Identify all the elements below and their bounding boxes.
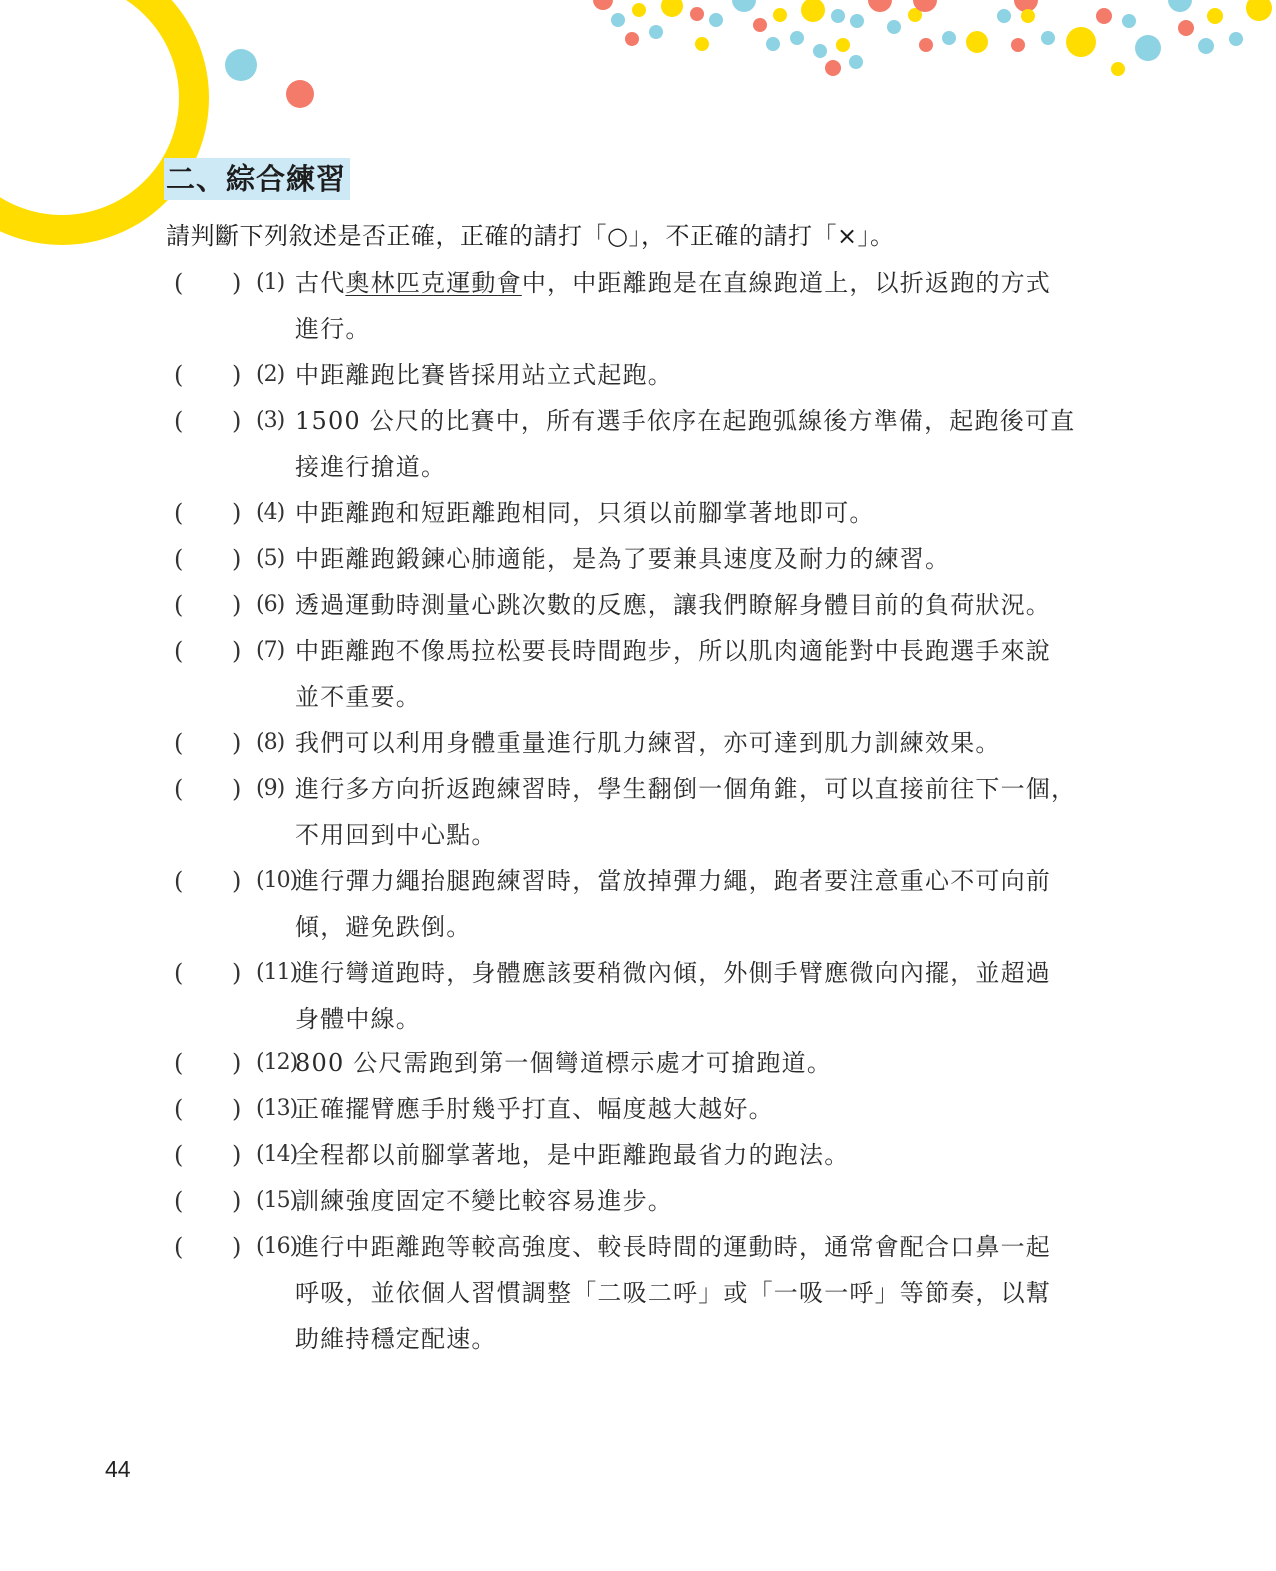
answer-blank-open-paren: ( bbox=[174, 766, 183, 812]
question-item: ()(2)中距離跑比賽皆採用站立式起跑。 bbox=[0, 352, 1276, 398]
question-text-segment: 中，中距離跑是在直線跑道上，以折返跑的方式 bbox=[522, 269, 1051, 297]
question-text-line: 中距離跑和短距離跑相同，只須以前腳掌著地即可。 bbox=[295, 490, 1113, 536]
decorative-dots-background bbox=[0, 0, 1276, 300]
question-number: (12) bbox=[256, 1040, 297, 1086]
question-number: (1) bbox=[256, 260, 284, 306]
answer-blank-close-paren: ) bbox=[232, 260, 241, 306]
answer-blank[interactable] bbox=[190, 634, 230, 668]
question-item: ()(12)800 公尺需跑到第一個彎道標示處才可搶跑道。 bbox=[0, 1040, 1276, 1086]
question-text-line: 我們可以利用身體重量進行肌力練習，亦可達到肌力訓練效果。 bbox=[295, 720, 1113, 766]
answer-blank-open-paren: ( bbox=[174, 582, 183, 628]
answer-blank[interactable] bbox=[190, 864, 230, 898]
question-item: ()(13)正確擺臂應手肘幾乎打直、幅度越大越好。 bbox=[0, 1086, 1276, 1132]
question-item: ()(5)中距離跑鍛鍊心肺適能，是為了要兼具速度及耐力的練習。 bbox=[0, 536, 1276, 582]
question-text-line: 呼吸，並依個人習慣調整「二吸二呼」或「一吸一呼」等節奏，以幫 bbox=[295, 1270, 1113, 1316]
question-item: ()(11)進行彎道跑時，身體應該要稍微內傾，外側手臂應微向內擺，並超過身體中線… bbox=[0, 950, 1276, 1042]
question-number: (3) bbox=[256, 398, 284, 444]
question-text-line: 800 公尺需跑到第一個彎道標示處才可搶跑道。 bbox=[295, 1040, 1113, 1086]
answer-blank[interactable] bbox=[190, 1138, 230, 1172]
question-number: (4) bbox=[256, 490, 284, 536]
answer-blank-open-paren: ( bbox=[174, 1086, 183, 1132]
answer-blank-open-paren: ( bbox=[174, 628, 183, 674]
question-text-line: 接進行搶道。 bbox=[295, 444, 1113, 490]
underlined-term: 奧林匹克運動會 bbox=[345, 269, 521, 297]
question-item: ()(7)中距離跑不像馬拉松要長時間跑步，所以肌肉適能對中長跑選手來說並不重要。 bbox=[0, 628, 1276, 720]
answer-blank-close-paren: ) bbox=[232, 352, 241, 398]
answer-blank[interactable] bbox=[190, 1046, 230, 1080]
question-item: ()(6)透過運動時測量心跳次數的反應，讓我們瞭解身體目前的負荷狀況。 bbox=[0, 582, 1276, 628]
question-item: ()(4)中距離跑和短距離跑相同，只須以前腳掌著地即可。 bbox=[0, 490, 1276, 536]
question-item: ()(16)進行中距離跑等較高強度、較長時間的運動時，通常會配合口鼻一起呼吸，並… bbox=[0, 1224, 1276, 1362]
question-item: ()(10)進行彈力繩抬腿跑練習時，當放掉彈力繩，跑者要注意重心不可向前傾，避免… bbox=[0, 858, 1276, 950]
answer-blank-open-paren: ( bbox=[174, 260, 183, 306]
answer-blank-open-paren: ( bbox=[174, 1224, 183, 1270]
question-number: (6) bbox=[256, 582, 284, 628]
answer-blank[interactable] bbox=[190, 1230, 230, 1264]
answer-blank[interactable] bbox=[190, 1092, 230, 1126]
question-text-segment: 古代 bbox=[295, 269, 345, 297]
answer-blank-close-paren: ) bbox=[232, 1040, 241, 1086]
answer-blank-close-paren: ) bbox=[232, 536, 241, 582]
question-number: (5) bbox=[256, 536, 284, 582]
question-text-line: 中距離跑鍛鍊心肺適能，是為了要兼具速度及耐力的練習。 bbox=[295, 536, 1113, 582]
question-number: (7) bbox=[256, 628, 284, 674]
answer-blank-close-paren: ) bbox=[232, 1224, 241, 1270]
answer-blank[interactable] bbox=[190, 726, 230, 760]
question-text-line: 並不重要。 bbox=[295, 674, 1113, 720]
question-text-line: 助維持穩定配速。 bbox=[295, 1316, 1113, 1362]
answer-blank[interactable] bbox=[190, 772, 230, 806]
question-text-line: 全程都以前腳掌著地，是中距離跑最省力的跑法。 bbox=[295, 1132, 1113, 1178]
answer-blank-close-paren: ) bbox=[232, 720, 241, 766]
answer-blank-close-paren: ) bbox=[232, 1132, 241, 1178]
answer-blank-open-paren: ( bbox=[174, 1040, 183, 1086]
answer-blank-open-paren: ( bbox=[174, 1132, 183, 1178]
answer-blank-open-paren: ( bbox=[174, 858, 183, 904]
question-text-line: 透過運動時測量心跳次數的反應，讓我們瞭解身體目前的負荷狀況。 bbox=[295, 582, 1113, 628]
answer-blank[interactable] bbox=[190, 266, 230, 300]
question-text-line: 傾，避免跌倒。 bbox=[295, 904, 1113, 950]
answer-blank[interactable] bbox=[190, 956, 230, 990]
answer-blank-open-paren: ( bbox=[174, 950, 183, 996]
page-number: 44 bbox=[105, 1456, 131, 1483]
question-number: (15) bbox=[256, 1178, 297, 1224]
question-number: (16) bbox=[256, 1224, 297, 1270]
question-item: ()(14)全程都以前腳掌著地，是中距離跑最省力的跑法。 bbox=[0, 1132, 1276, 1178]
question-text-line: 進行中距離跑等較高強度、較長時間的運動時，通常會配合口鼻一起 bbox=[295, 1224, 1113, 1270]
question-number: (11) bbox=[256, 950, 297, 996]
answer-blank-open-paren: ( bbox=[174, 398, 183, 444]
question-number: (10) bbox=[256, 858, 297, 904]
answer-blank[interactable] bbox=[190, 542, 230, 576]
question-text-line: 進行彈力繩抬腿跑練習時，當放掉彈力繩，跑者要注意重心不可向前 bbox=[295, 858, 1113, 904]
answer-blank-close-paren: ) bbox=[232, 766, 241, 812]
question-text-line: 訓練強度固定不變比較容易進步。 bbox=[295, 1178, 1113, 1224]
question-item: ()(9)進行多方向折返跑練習時，學生翻倒一個角錐，可以直接前往下一個，不用回到… bbox=[0, 766, 1276, 858]
question-number: (2) bbox=[256, 352, 284, 398]
answer-blank-close-paren: ) bbox=[232, 1178, 241, 1224]
section-title: 二、綜合練習 bbox=[164, 158, 350, 200]
question-number: (9) bbox=[256, 766, 284, 812]
answer-blank[interactable] bbox=[190, 1184, 230, 1218]
answer-blank[interactable] bbox=[190, 588, 230, 622]
answer-blank-close-paren: ) bbox=[232, 398, 241, 444]
answer-blank-close-paren: ) bbox=[232, 950, 241, 996]
answer-blank-open-paren: ( bbox=[174, 352, 183, 398]
question-item: ()(3)1500 公尺的比賽中，所有選手依序在起跑弧線後方準備，起跑後可直接進… bbox=[0, 398, 1276, 490]
answer-blank-open-paren: ( bbox=[174, 720, 183, 766]
question-text-line: 正確擺臂應手肘幾乎打直、幅度越大越好。 bbox=[295, 1086, 1113, 1132]
answer-blank[interactable] bbox=[190, 404, 230, 438]
question-text-line: 中距離跑不像馬拉松要長時間跑步，所以肌肉適能對中長跑選手來說 bbox=[295, 628, 1113, 674]
answer-blank-open-paren: ( bbox=[174, 490, 183, 536]
question-text-line: 進行彎道跑時，身體應該要稍微內傾，外側手臂應微向內擺，並超過 bbox=[295, 950, 1113, 996]
question-item: ()(15)訓練強度固定不變比較容易進步。 bbox=[0, 1178, 1276, 1224]
answer-blank-close-paren: ) bbox=[232, 858, 241, 904]
answer-blank-close-paren: ) bbox=[232, 490, 241, 536]
question-number: (13) bbox=[256, 1086, 297, 1132]
question-text-line: 中距離跑比賽皆採用站立式起跑。 bbox=[295, 352, 1113, 398]
question-text-line: 身體中線。 bbox=[295, 996, 1113, 1042]
question-text-line: 1500 公尺的比賽中，所有選手依序在起跑弧線後方準備，起跑後可直 bbox=[295, 398, 1113, 444]
question-text-line: 進行多方向折返跑練習時，學生翻倒一個角錐，可以直接前往下一個， bbox=[295, 766, 1113, 812]
question-text-line: 不用回到中心點。 bbox=[295, 812, 1113, 858]
question-number: (14) bbox=[256, 1132, 297, 1178]
answer-blank-close-paren: ) bbox=[232, 1086, 241, 1132]
question-number: (8) bbox=[256, 720, 284, 766]
answer-blank-close-paren: ) bbox=[232, 582, 241, 628]
answer-blank-open-paren: ( bbox=[174, 536, 183, 582]
instruction-text: 請判斷下列敘述是否正確，正確的請打「○」，不正確的請打「×」。 bbox=[166, 218, 895, 254]
question-item: ()(1)古代奧林匹克運動會中，中距離跑是在直線跑道上，以折返跑的方式進行。 bbox=[0, 260, 1276, 352]
answer-blank[interactable] bbox=[190, 358, 230, 392]
answer-blank-open-paren: ( bbox=[174, 1178, 183, 1224]
question-item: ()(8)我們可以利用身體重量進行肌力練習，亦可達到肌力訓練效果。 bbox=[0, 720, 1276, 766]
answer-blank[interactable] bbox=[190, 496, 230, 530]
question-text-line: 進行。 bbox=[295, 306, 1113, 352]
question-text-line: 古代奧林匹克運動會中，中距離跑是在直線跑道上，以折返跑的方式 bbox=[295, 260, 1113, 306]
answer-blank-close-paren: ) bbox=[232, 628, 241, 674]
